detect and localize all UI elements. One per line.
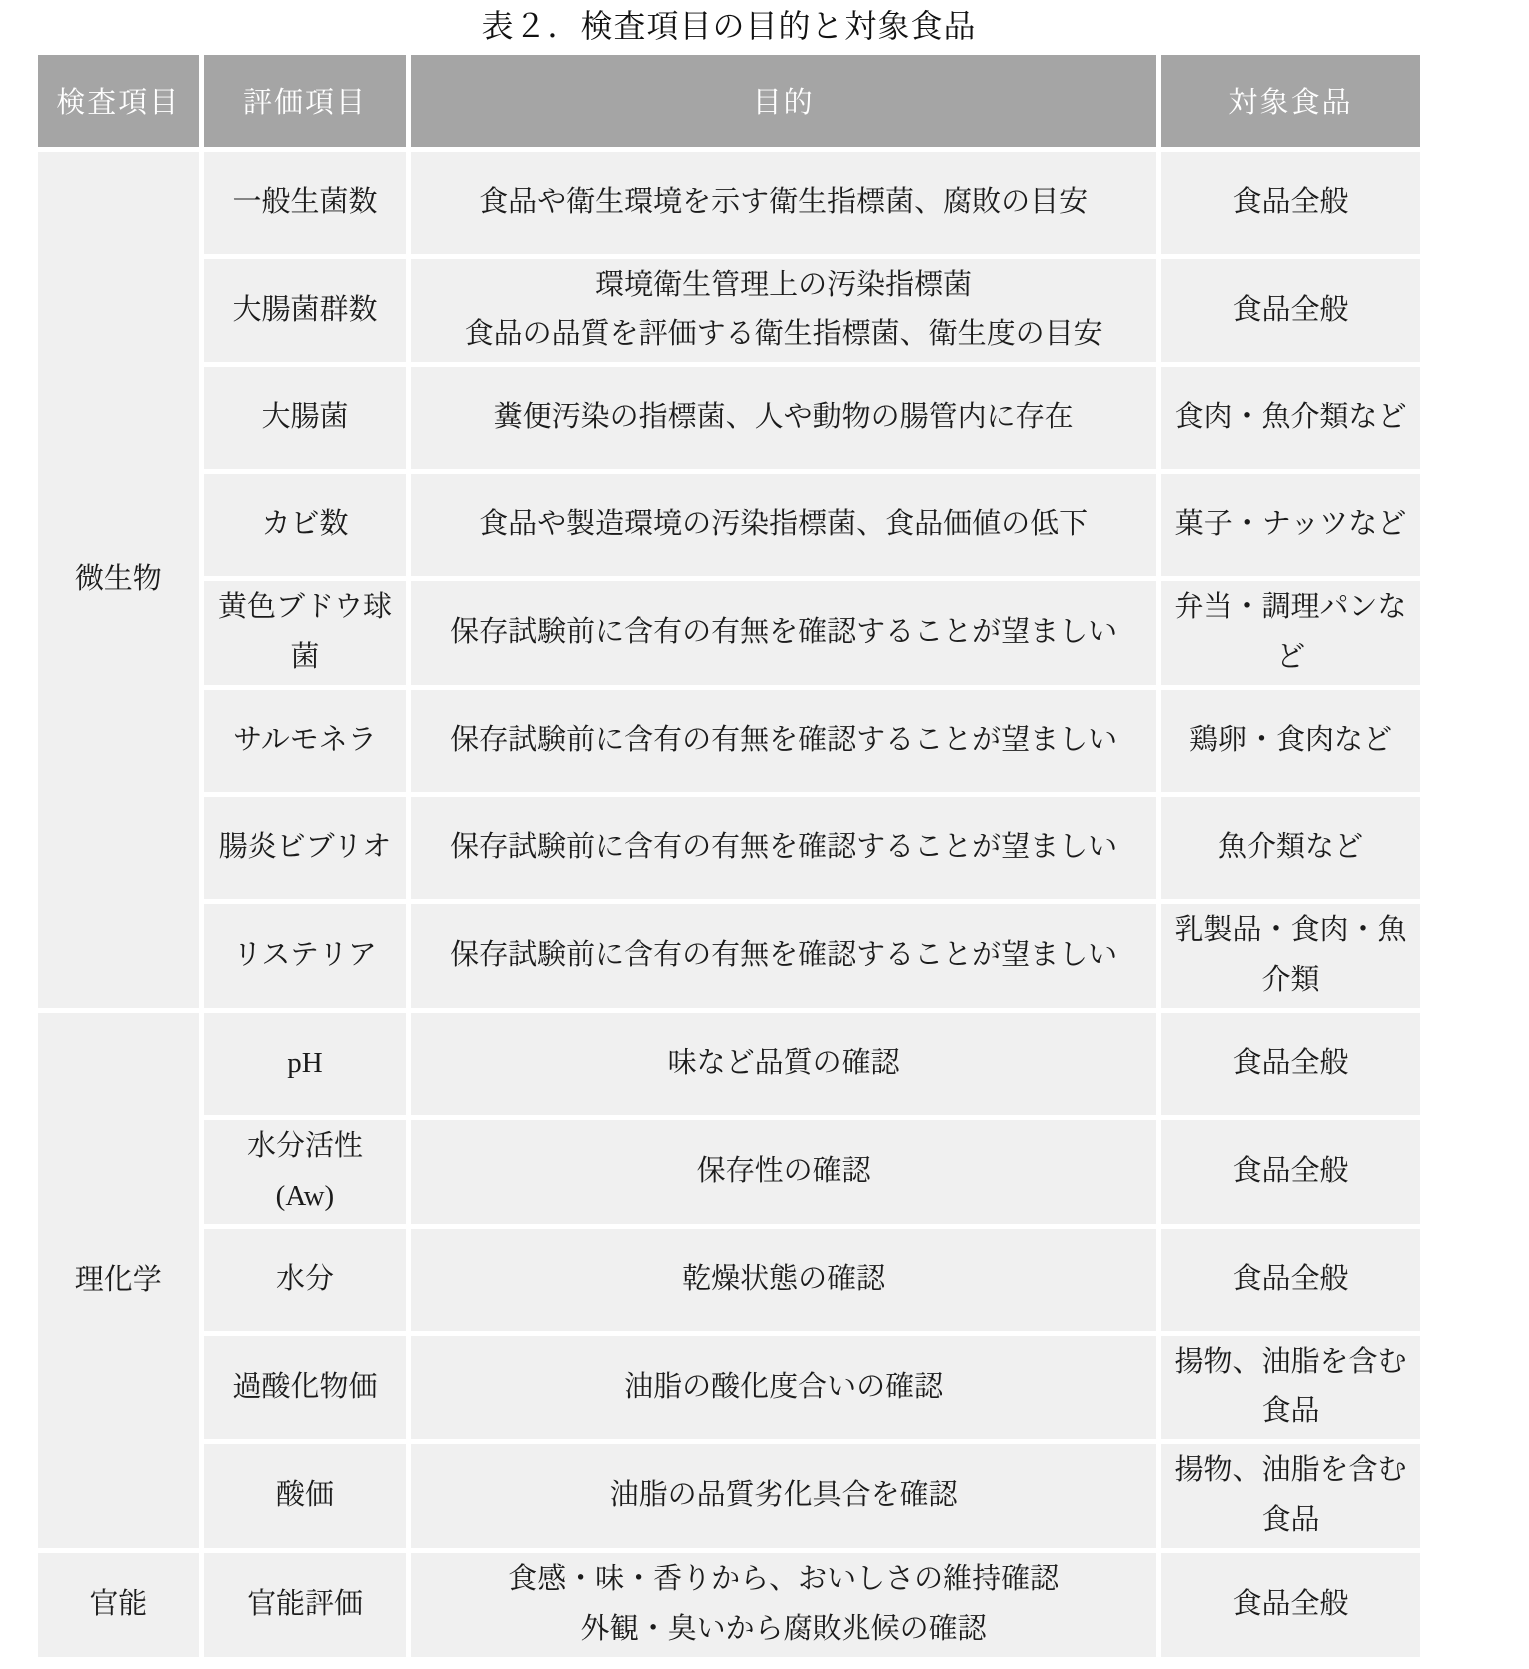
item-cell-line: 過酸化物価	[214, 1363, 397, 1413]
purpose-cell: 保存性の確認	[411, 1120, 1156, 1224]
item-cell: 腸炎ビブリオ	[204, 797, 407, 899]
item-cell: 黄色ブドウ球菌	[204, 581, 407, 685]
item-cell: 酸価	[204, 1444, 407, 1548]
purpose-cell-line: 糞便汚染の指標菌、人や動物の腸管内に存在	[421, 393, 1146, 443]
table-row: 腸炎ビブリオ保存試験前に含有の有無を確認することが望ましい魚介類など	[38, 797, 1420, 899]
target-cell: 食品全般	[1161, 152, 1420, 254]
table-row: 大腸菌群数環境衛生管理上の汚染指標菌食品の品質を評価する衛生指標菌、衛生度の目安…	[38, 259, 1420, 363]
purpose-cell: 食品や製造環境の汚染指標菌、食品価値の低下	[411, 474, 1156, 576]
purpose-cell-line: 食品や衛生環境を示す衛生指標菌、腐敗の目安	[421, 178, 1146, 228]
target-cell: 乳製品・食肉・魚介類	[1161, 904, 1420, 1008]
table-row: 理化学pH味など品質の確認食品全般	[38, 1013, 1420, 1115]
item-cell: 大腸菌群数	[204, 259, 407, 363]
table-row: 微生物一般生菌数食品や衛生環境を示す衛生指標菌、腐敗の目安食品全般	[38, 152, 1420, 254]
purpose-cell-line: 味など品質の確認	[421, 1039, 1146, 1089]
item-cell: サルモネラ	[204, 690, 407, 792]
item-cell-line: (Aw)	[214, 1172, 397, 1222]
purpose-cell-line: 保存試験前に含有の有無を確認することが望ましい	[421, 931, 1146, 981]
table-row: 水分活性(Aw)保存性の確認食品全般	[38, 1120, 1420, 1224]
item-cell-line: 菌	[214, 633, 397, 683]
item-cell: 過酸化物価	[204, 1336, 407, 1440]
target-cell: 食肉・魚介類など	[1161, 367, 1420, 469]
target-cell-line: 食品全般	[1171, 1255, 1410, 1305]
target-cell-line: 食品全般	[1171, 178, 1410, 228]
purpose-cell-line: 環境衛生管理上の汚染指標菌	[421, 261, 1146, 311]
table-title: 表２．検査項目の目的と対象食品	[33, 6, 1425, 48]
item-cell: カビ数	[204, 474, 407, 576]
item-cell: 水分	[204, 1229, 407, 1331]
purpose-cell: 味など品質の確認	[411, 1013, 1156, 1115]
table-row: 酸価油脂の品質劣化具合を確認揚物、油脂を含む食品	[38, 1444, 1420, 1548]
item-cell-line: pH	[214, 1039, 397, 1089]
purpose-cell: 油脂の酸化度合いの確認	[411, 1336, 1156, 1440]
target-cell-line: 揚物、油脂を含む食品	[1171, 1446, 1410, 1546]
target-cell: 揚物、油脂を含む食品	[1161, 1444, 1420, 1548]
item-cell: 官能評価	[204, 1553, 407, 1657]
purpose-cell: 食品や衛生環境を示す衛生指標菌、腐敗の目安	[411, 152, 1156, 254]
purpose-cell-line: 保存性の確認	[421, 1147, 1146, 1197]
header-cell: 検査項目	[38, 55, 199, 147]
purpose-cell-line: 食品や製造環境の汚染指標菌、食品価値の低下	[421, 500, 1146, 550]
purpose-cell-line: 外観・臭いから腐敗兆候の確認	[421, 1605, 1146, 1655]
table-row: 黄色ブドウ球菌保存試験前に含有の有無を確認することが望ましい弁当・調理パンなど	[38, 581, 1420, 685]
table-row: カビ数食品や製造環境の汚染指標菌、食品価値の低下菓子・ナッツなど	[38, 474, 1420, 576]
target-cell-line: 揚物、油脂を含む食品	[1171, 1338, 1410, 1438]
target-cell: 弁当・調理パンなど	[1161, 581, 1420, 685]
header-row: 検査項目評価項目目的対象食品	[38, 55, 1420, 147]
purpose-cell-line: 油脂の酸化度合いの確認	[421, 1363, 1146, 1413]
target-cell-line: 鶏卵・食肉など	[1171, 716, 1410, 766]
target-cell-line: 魚介類など	[1171, 823, 1410, 873]
purpose-cell: 保存試験前に含有の有無を確認することが望ましい	[411, 904, 1156, 1008]
item-cell-line: カビ数	[214, 500, 397, 550]
item-cell-line: 黄色ブドウ球	[214, 583, 397, 633]
purpose-cell-line: 保存試験前に含有の有無を確認することが望ましい	[421, 716, 1146, 766]
purpose-cell-line: 乾燥状態の確認	[421, 1255, 1146, 1305]
header-cell: 対象食品	[1161, 55, 1420, 147]
inspection-table: 検査項目評価項目目的対象食品 微生物一般生菌数食品や衛生環境を示す衛生指標菌、腐…	[33, 50, 1425, 1662]
item-cell: pH	[204, 1013, 407, 1115]
item-cell-line: 官能評価	[214, 1580, 397, 1630]
table-row: 過酸化物価油脂の酸化度合いの確認揚物、油脂を含む食品	[38, 1336, 1420, 1440]
purpose-cell-line: 食品の品質を評価する衛生指標菌、衛生度の目安	[421, 310, 1146, 360]
purpose-cell: 糞便汚染の指標菌、人や動物の腸管内に存在	[411, 367, 1156, 469]
item-cell: 一般生菌数	[204, 152, 407, 254]
header-cell: 目的	[411, 55, 1156, 147]
purpose-cell-line: 食感・味・香りから、おいしさの維持確認	[421, 1555, 1146, 1605]
group-cell: 微生物	[38, 152, 199, 1008]
item-cell-line: 水分	[214, 1255, 397, 1305]
table-row: サルモネラ保存試験前に含有の有無を確認することが望ましい鶏卵・食肉など	[38, 690, 1420, 792]
purpose-cell-line: 油脂の品質劣化具合を確認	[421, 1471, 1146, 1521]
table-row: 官能官能評価食感・味・香りから、おいしさの維持確認外観・臭いから腐敗兆候の確認食…	[38, 1553, 1420, 1657]
group-cell: 官能	[38, 1553, 199, 1657]
page: 表２．検査項目の目的と対象食品 検査項目評価項目目的対象食品 微生物一般生菌数食…	[0, 0, 1529, 1669]
target-cell: 食品全般	[1161, 1553, 1420, 1657]
item-cell-line: 腸炎ビブリオ	[214, 823, 397, 873]
item-cell: 大腸菌	[204, 367, 407, 469]
item-cell-line: 酸価	[214, 1471, 397, 1521]
target-cell: 食品全般	[1161, 259, 1420, 363]
item-cell-line: 一般生菌数	[214, 178, 397, 228]
target-cell-line: 食品全般	[1171, 1580, 1410, 1630]
target-cell: 食品全般	[1161, 1013, 1420, 1115]
item-cell: 水分活性(Aw)	[204, 1120, 407, 1224]
item-cell-line: リステリア	[214, 931, 397, 981]
purpose-cell: 油脂の品質劣化具合を確認	[411, 1444, 1156, 1548]
table-row: 水分乾燥状態の確認食品全般	[38, 1229, 1420, 1331]
target-cell: 魚介類など	[1161, 797, 1420, 899]
target-cell: 鶏卵・食肉など	[1161, 690, 1420, 792]
target-cell-line: 菓子・ナッツなど	[1171, 500, 1410, 550]
item-cell-line: 大腸菌	[214, 393, 397, 443]
target-cell-line: 乳製品・食肉・魚介類	[1171, 906, 1410, 1006]
target-cell-line: 食肉・魚介類など	[1171, 393, 1410, 443]
purpose-cell: 保存試験前に含有の有無を確認することが望ましい	[411, 690, 1156, 792]
table-row: 大腸菌糞便汚染の指標菌、人や動物の腸管内に存在食肉・魚介類など	[38, 367, 1420, 469]
purpose-cell-line: 保存試験前に含有の有無を確認することが望ましい	[421, 608, 1146, 658]
group-cell: 理化学	[38, 1013, 199, 1548]
purpose-cell: 食感・味・香りから、おいしさの維持確認外観・臭いから腐敗兆候の確認	[411, 1553, 1156, 1657]
item-cell-line: サルモネラ	[214, 716, 397, 766]
target-cell: 食品全般	[1161, 1229, 1420, 1331]
table-row: リステリア保存試験前に含有の有無を確認することが望ましい乳製品・食肉・魚介類	[38, 904, 1420, 1008]
target-cell-line: 食品全般	[1171, 1039, 1410, 1089]
purpose-cell: 乾燥状態の確認	[411, 1229, 1156, 1331]
target-cell: 菓子・ナッツなど	[1161, 474, 1420, 576]
item-cell-line: 水分活性	[214, 1122, 397, 1172]
purpose-cell-line: 保存試験前に含有の有無を確認することが望ましい	[421, 823, 1146, 873]
header-cell: 評価項目	[204, 55, 407, 147]
item-cell-line: 大腸菌群数	[214, 286, 397, 336]
item-cell: リステリア	[204, 904, 407, 1008]
target-cell-line: 食品全般	[1171, 286, 1410, 336]
target-cell: 食品全般	[1161, 1120, 1420, 1224]
purpose-cell: 保存試験前に含有の有無を確認することが望ましい	[411, 797, 1156, 899]
purpose-cell: 環境衛生管理上の汚染指標菌食品の品質を評価する衛生指標菌、衛生度の目安	[411, 259, 1156, 363]
target-cell: 揚物、油脂を含む食品	[1161, 1336, 1420, 1440]
target-cell-line: 弁当・調理パンなど	[1171, 583, 1410, 683]
purpose-cell: 保存試験前に含有の有無を確認することが望ましい	[411, 581, 1156, 685]
target-cell-line: 食品全般	[1171, 1147, 1410, 1197]
